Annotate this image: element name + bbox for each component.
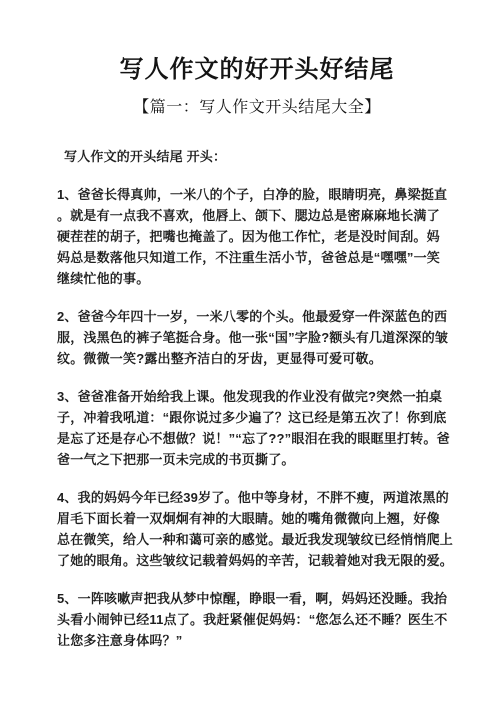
document-subtitle: 【篇一：写人作文开头结尾大全】 [57, 97, 457, 119]
paragraph-4: 4、我的妈妈今年已经39岁了。他中等身材，不胖不瘦，两道浓黑的 眉毛下面长着一双… [57, 487, 457, 571]
section-heading: 写人作文的开头结尾 开头： [57, 146, 457, 167]
document-page: 写人作文的好开头好结尾 【篇一：写人作文开头结尾大全】 写人作文的开头结尾 开头… [0, 0, 500, 708]
paragraph-2: 2、爸爸今年四十一岁，一米八零的个头。他最爱穿一件深蓝色的西 服，浅黑色的裤子笔… [57, 306, 457, 369]
paragraph-5: 5、一阵咳嗽声把我从梦中惊醒，睁眼一看，啊，妈妈还没睡。我抬 头看小闹钟已经11… [57, 588, 457, 651]
paragraph-3: 3、爸爸准备开始给我上课。他发现我的作业没有做完?突然一拍桌 子，冲着我吼道：“… [57, 386, 457, 470]
document-title: 写人作文的好开头好结尾 [57, 55, 457, 85]
paragraph-1: 1、爸爸长得真帅，一米八的个子，白净的脸，眼睛明亮，鼻梁挺直 。就是有一点我不喜… [57, 184, 457, 289]
